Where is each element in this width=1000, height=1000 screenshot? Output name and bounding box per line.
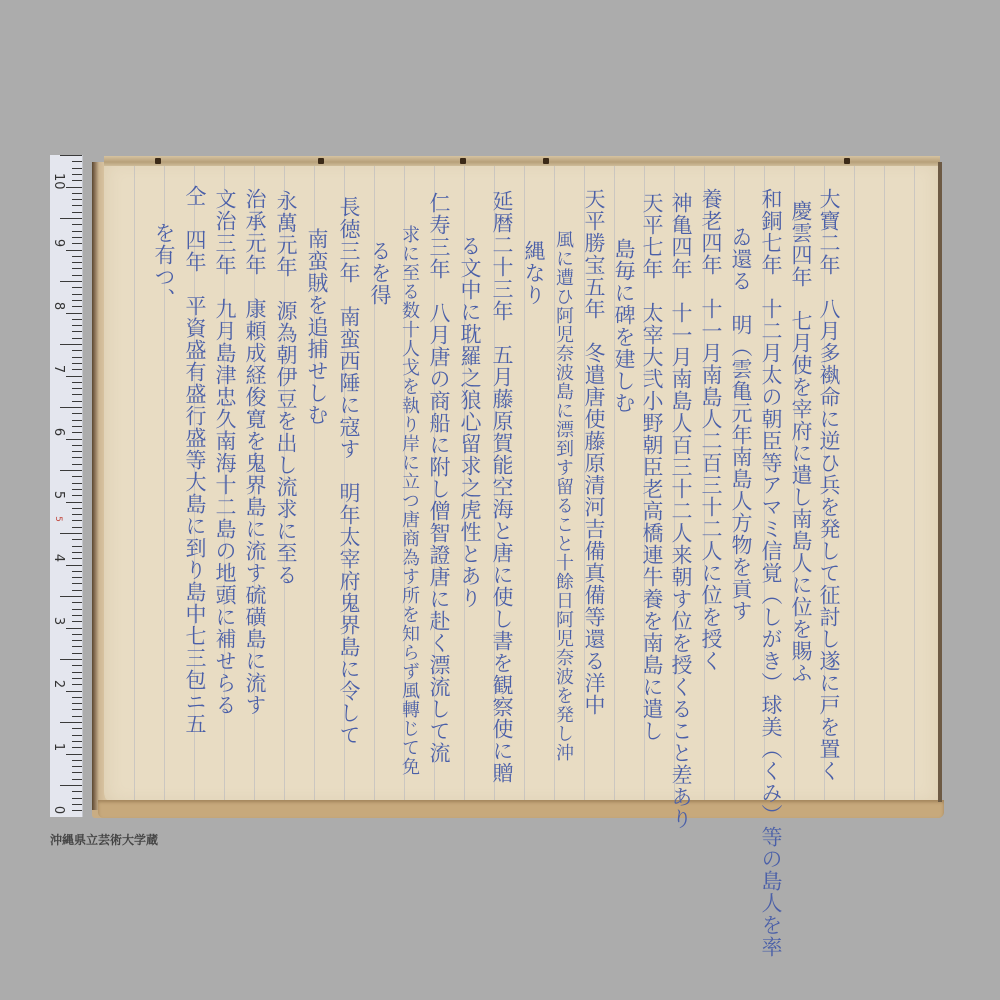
ruler-tick [72, 457, 82, 458]
entry-text: 風に遭ひ阿児奈波島に漂到す留ること十餘日阿児奈波を発し沖 [553, 230, 574, 762]
era-label: 仝 [183, 185, 207, 207]
page-rule-line [884, 160, 885, 806]
ruler-tick [72, 243, 82, 244]
ruler-tick [72, 791, 82, 792]
binding-mark [460, 158, 466, 164]
era-label: 天平勝宝五年 [582, 188, 606, 320]
ruler-tick [72, 420, 82, 421]
ruler-tick [72, 735, 82, 736]
image-viewer: 0123456789105 大寶二年八月多褹命に逆ひ兵を発して征討し遂に戸を置く… [0, 0, 1000, 1000]
ruler-tick [72, 306, 82, 307]
ruler-tick [72, 602, 82, 603]
ruler-tick [72, 741, 82, 742]
ruler-tick [72, 483, 82, 484]
ruler-tick [72, 174, 82, 175]
manuscript-line: 治承元年康頼成経俊寛を鬼界島に流す硫磺島に流す [241, 188, 269, 716]
ruler-tick [72, 256, 82, 257]
worn-page-edges [98, 800, 944, 818]
ruler-tick [72, 489, 82, 490]
ruler-tick [66, 439, 82, 440]
ruler-tick [72, 325, 82, 326]
ruler-tick [72, 401, 82, 402]
ruler-tick [72, 621, 82, 622]
entry-text: 十一月南島人百三十二人来朝す位を授くること差あり [669, 302, 693, 830]
ruler-tick [72, 646, 82, 647]
manuscript-line: 仁寿三年八月唐の商船に附し僧智證唐に赴く漂流して流 [425, 192, 453, 764]
collection-credit: 沖縄県立芸術大学蔵 [50, 831, 158, 848]
ruler-tick [72, 180, 82, 181]
entry-text: 八月多褹命に逆ひ兵を発して征討し遂に戸を置く [817, 298, 841, 782]
ruler-tick [72, 413, 82, 414]
ruler-tick [72, 224, 82, 225]
ruler-tick [72, 357, 82, 358]
era-label: 文治三年 [213, 188, 237, 276]
ruler-tick [72, 237, 82, 238]
ruler-tick [72, 319, 82, 320]
manuscript-line: 神亀四年十一月南島人百三十二人来朝す位を授くること差あり [667, 192, 695, 830]
manuscript-line: 永萬元年源為朝伊豆を出し流求に至る [272, 190, 300, 586]
page-rule-line [914, 160, 915, 806]
manuscript-line: 大寶二年八月多褹命に逆ひ兵を発して征討し遂に戸を置く [815, 188, 843, 782]
era-label: 永萬元年 [274, 190, 298, 278]
manuscript-line: る文中に耽羅之狼心留求之虎性とあり [456, 235, 484, 609]
entry-text: 九月島津忠久南海十二島の地頭に補せらる [213, 298, 237, 716]
entry-text: 十二月太の朝臣等アマミ信覚（しがき）球美（くみ）等の島人を率 [759, 298, 783, 958]
ruler-tick [72, 199, 82, 200]
ruler-tick [72, 212, 82, 213]
entry-text: 四年 平資盛有盛行盛等大島に到り島中七三包ニ五 [183, 229, 207, 735]
era-label: 長徳三年 [337, 196, 361, 284]
ruler-tick [72, 539, 82, 540]
era-label: 治承元年 [243, 188, 267, 276]
ruler-tick [60, 596, 82, 597]
ruler-tick [72, 369, 82, 370]
era-label: 天平七年 [640, 192, 664, 280]
ruler-tick [72, 583, 82, 584]
ruler-tick [72, 558, 82, 559]
ruler-tick [72, 571, 82, 572]
ruler-tick [66, 250, 82, 251]
ruler-tick [72, 653, 82, 654]
ruler-label: 2 [51, 677, 65, 691]
ruler-tick [72, 546, 82, 547]
entry-text: るを得 [368, 240, 392, 306]
manuscript-line: 延暦二十三年五月藤原賀能空海と唐に使し書を観察使に贈 [488, 190, 516, 784]
ruler-tick [72, 231, 82, 232]
ruler-tick [72, 772, 82, 773]
ruler-tick [72, 388, 82, 389]
entry-text: 島毎に碑を建しむ [612, 238, 636, 414]
ruler-tick [66, 187, 82, 188]
era-label: 和銅七年 [759, 188, 783, 276]
ruler-tick [60, 533, 82, 534]
ruler-tick [66, 565, 82, 566]
ruler-tick [72, 634, 82, 635]
ruler-tick [66, 754, 82, 755]
ruler-label: 3 [51, 614, 65, 628]
ruler-tick [72, 464, 82, 465]
entry-text: 康頼成経俊寛を鬼界島に流す硫磺島に流す [243, 298, 267, 716]
ruler-tick [72, 445, 82, 446]
entry-text: 縄なり [522, 240, 546, 306]
manuscript-line: 文治三年九月島津忠久南海十二島の地頭に補せらる [211, 188, 239, 716]
ruler-tick [72, 716, 82, 717]
ruler-label: 4 [51, 551, 65, 565]
ruler-tick [72, 703, 82, 704]
ruler-tick [72, 747, 82, 748]
ruler-tick [72, 294, 82, 295]
era-label: 神亀四年 [669, 192, 693, 280]
page-rule-line [854, 160, 855, 806]
entry-text: 冬遣唐使藤原清河吉備真備等還る洋中 [582, 342, 606, 716]
ruler-tick [72, 672, 82, 673]
ruler-tick [72, 476, 82, 477]
entry-text: る文中に耽羅之狼心留求之虎性とあり [458, 235, 482, 609]
ruler-tick [66, 502, 82, 503]
ruler-tick [72, 338, 82, 339]
era-label: 仁寿三年 [427, 192, 451, 280]
era-label: 養老四年 [699, 188, 723, 276]
binding-mark [844, 158, 850, 164]
ruler-tick [72, 300, 82, 301]
ruler-tick [72, 514, 82, 515]
ruler-tick [72, 331, 82, 332]
ruler-tick [72, 262, 82, 263]
ruler-tick [72, 451, 82, 452]
ruler-tick [60, 407, 82, 408]
manuscript-line: ゐ還る 明（雲亀元年南島人方物を貢す [727, 226, 755, 622]
ruler-tick [72, 804, 82, 805]
ruler-tick [72, 268, 82, 269]
entry-text: ゐ還る 明（雲亀元年南島人方物を貢す [729, 226, 753, 622]
era-label: 大寶二年 [817, 188, 841, 276]
ruler-tick [72, 363, 82, 364]
ruler-tick [72, 798, 82, 799]
entry-text: 十一月南島人二百三十二人に位を授く [699, 298, 723, 672]
ruler-tick [60, 470, 82, 471]
ruler-marker: 5 [51, 512, 65, 526]
ruler-tick [72, 432, 82, 433]
ruler-tick [60, 218, 82, 219]
measurement-ruler: 0123456789105 [50, 155, 83, 817]
ruler-label: 0 [51, 803, 65, 817]
ruler-label: 8 [51, 299, 65, 313]
page-rule-line [134, 160, 135, 806]
ruler-tick [60, 344, 82, 345]
ruler-tick [72, 684, 82, 685]
manuscript-line: 養老四年十一月南島人二百三十二人に位を授く [697, 188, 725, 672]
ruler-tick [72, 161, 82, 162]
ruler-label: 7 [51, 362, 65, 376]
manuscript-line: 縄なり [520, 240, 548, 306]
manuscript-line: 和銅七年十二月太の朝臣等アマミ信覚（しがき）球美（くみ）等の島人を率 [757, 188, 785, 958]
ruler-tick [72, 495, 82, 496]
entry-text: 南蛮賊を追捕せしむ [305, 228, 329, 426]
ruler-tick [72, 665, 82, 666]
ruler-tick [66, 628, 82, 629]
ruler-tick [60, 155, 82, 156]
ruler-tick [72, 350, 82, 351]
ruler-tick [72, 426, 82, 427]
entry-text: 七月使を宰府に遣し南島人に位を賜ふ [789, 310, 813, 684]
era-label: 延暦二十三年 [490, 190, 514, 322]
entry-text: 求に至る数十人戈を執り岸に立つ唐商為す所を知らず風轉じて免 [399, 225, 420, 776]
binding-mark [155, 158, 161, 164]
ruler-tick [66, 376, 82, 377]
ruler-tick [72, 382, 82, 383]
ruler-tick [72, 193, 82, 194]
manuscript-line: 仝四年 平資盛有盛行盛等大島に到り島中七三包ニ五 [181, 185, 209, 735]
ruler-tick [72, 697, 82, 698]
ruler-tick [72, 590, 82, 591]
ruler-tick [72, 779, 82, 780]
ruler-tick [72, 527, 82, 528]
entry-text: 太宰大弐小野朝臣老高橋連牛養を南島に遣し [640, 302, 664, 742]
era-label: 慶雲四年 [789, 200, 813, 288]
manuscript-line: 南蛮賊を追捕せしむ [303, 228, 331, 426]
page-right-edge [938, 162, 942, 802]
ruler-tick [72, 615, 82, 616]
ruler-label: 9 [51, 236, 65, 250]
ruler-tick [72, 766, 82, 767]
binding-mark [543, 158, 549, 164]
ruler-tick [72, 640, 82, 641]
manuscript-line: を有つ、 [150, 222, 178, 310]
page-top-binding [104, 156, 940, 166]
ruler-tick [72, 728, 82, 729]
ruler-tick [72, 168, 82, 169]
ruler-tick [72, 609, 82, 610]
ruler-tick [72, 577, 82, 578]
ruler-tick [72, 520, 82, 521]
ruler-label: 1 [51, 740, 65, 754]
manuscript-line: るを得 [366, 240, 394, 306]
ruler-tick [66, 691, 82, 692]
ruler-tick [72, 394, 82, 395]
manuscript-line: 慶雲四年七月使を宰府に遣し南島人に位を賜ふ [787, 200, 815, 684]
ruler-tick [72, 678, 82, 679]
ruler-tick [72, 760, 82, 761]
entry-text: 源為朝伊豆を出し流求に至る [274, 300, 298, 586]
entry-text: 八月唐の商船に附し僧智證唐に赴く漂流して流 [427, 302, 451, 764]
entry-text: 五月藤原賀能空海と唐に使し書を観察使に贈 [490, 344, 514, 784]
binding-mark [318, 158, 324, 164]
ruler-tick [66, 817, 82, 818]
entry-text: 南蛮西陲に寇す 明年太宰府鬼界島に令して [337, 306, 361, 746]
ruler-tick [60, 722, 82, 723]
ruler-tick [72, 810, 82, 811]
ruler-tick [72, 205, 82, 206]
ruler-tick [60, 281, 82, 282]
manuscript-line: 天平勝宝五年冬遣唐使藤原清河吉備真備等還る洋中 [580, 188, 608, 716]
ruler-tick [60, 785, 82, 786]
ruler-tick [66, 313, 82, 314]
ruler-tick [72, 552, 82, 553]
ruler-tick [72, 508, 82, 509]
manuscript-line: 求に至る数十人戈を執り岸に立つ唐商為す所を知らず風轉じて免 [396, 225, 422, 776]
ruler-tick [72, 287, 82, 288]
manuscript-line: 風に遭ひ阿児奈波島に漂到す留ること十餘日阿児奈波を発し沖 [550, 230, 576, 762]
ruler-label: 6 [51, 425, 65, 439]
entry-text: を有つ、 [152, 222, 176, 310]
manuscript-line: 長徳三年南蛮西陲に寇す 明年太宰府鬼界島に令して [335, 196, 363, 746]
ruler-tick [60, 659, 82, 660]
ruler-tick [72, 709, 82, 710]
ruler-label: 10 [51, 173, 65, 187]
ruler-label: 5 [51, 488, 65, 502]
manuscript-line: 天平七年太宰大弐小野朝臣老高橋連牛養を南島に遣し [638, 192, 666, 742]
ruler-tick [72, 275, 82, 276]
manuscript-line: 島毎に碑を建しむ [610, 238, 638, 414]
